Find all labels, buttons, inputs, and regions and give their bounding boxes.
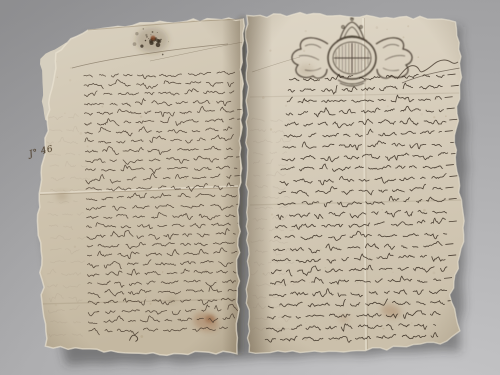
foxing-spot: [423, 209, 426, 212]
foxing-spot: [199, 157, 201, 159]
foxing-spot: [433, 116, 435, 118]
foxing-spot: [162, 272, 163, 273]
manuscript-bifolium: [0, 0, 500, 375]
foxing-spot: [285, 105, 287, 107]
foxing-spot: [445, 115, 447, 117]
rust-speck: [151, 36, 156, 41]
foxing-spot: [271, 213, 273, 215]
foxing-spot: [199, 330, 200, 331]
foxing-spot: [73, 165, 74, 166]
foxing-spot: [309, 282, 310, 283]
foxing-spot: [153, 232, 154, 233]
manuscript-page-right: [244, 0, 465, 375]
manuscript-page-left: [37, 0, 249, 375]
foxing-spot: [87, 145, 89, 147]
foxing-spot: [386, 29, 388, 31]
foxing-spot: [80, 272, 81, 273]
foxing-spot: [184, 173, 185, 174]
foxing-spot: [57, 77, 58, 78]
photograph-scene: J° 46: [0, 0, 500, 375]
foxing-spot: [327, 154, 328, 155]
foxing-spot: [70, 67, 72, 69]
foxing-spot: [407, 25, 409, 27]
foxing-spot: [55, 304, 57, 306]
foxing-spot: [80, 132, 83, 135]
foxing-spot: [403, 36, 405, 38]
foxing-spot: [110, 101, 111, 102]
foxing-spot: [305, 339, 307, 341]
foxing-spot: [325, 267, 326, 268]
foxing-spot: [258, 71, 259, 72]
foxing-spot: [140, 335, 143, 338]
foxing-spot: [383, 328, 385, 330]
foxing-spot: [140, 115, 142, 117]
foxing-spot: [103, 256, 104, 257]
foxing-spot: [270, 128, 272, 130]
foxing-spot: [101, 106, 103, 108]
foxing-spot: [392, 272, 393, 273]
foxing-spot: [74, 246, 76, 248]
foxing-spot: [174, 312, 176, 314]
foxing-spot: [305, 30, 307, 32]
foxing-spot: [296, 215, 297, 216]
foxing-spot: [411, 322, 413, 324]
foxing-spot: [337, 56, 338, 57]
foxing-spot: [262, 96, 265, 99]
foxing-spot: [382, 209, 383, 210]
foxing-spot: [178, 318, 180, 320]
foxing-spot: [184, 177, 187, 180]
foxing-spot: [172, 278, 173, 279]
foxing-spot: [336, 340, 337, 341]
foxing-spot: [216, 280, 217, 281]
foxing-spot: [222, 220, 223, 221]
foxing-spot: [212, 101, 213, 102]
foxing-spot: [417, 56, 419, 58]
foxing-spot: [308, 102, 310, 104]
foxing-spot: [145, 297, 146, 298]
foxing-spot: [128, 243, 129, 244]
foxing-spot: [64, 112, 66, 114]
foxing-spot: [305, 322, 306, 323]
foxing-spot: [387, 105, 389, 107]
foxing-spot: [303, 50, 305, 52]
foxing-spot: [115, 262, 116, 263]
foxing-spot: [269, 49, 271, 51]
foxing-spot: [69, 79, 71, 81]
foxing-spot: [56, 62, 57, 63]
foxing-spot: [138, 152, 139, 153]
foxing-spot: [433, 272, 436, 275]
foxing-spot: [420, 113, 423, 116]
foxing-spot: [149, 303, 151, 305]
foxing-spot: [376, 26, 379, 29]
foxing-spot: [356, 282, 358, 284]
foxing-spot: [409, 115, 410, 116]
foxing-spot: [262, 273, 264, 275]
foxing-spot: [362, 60, 363, 61]
foxing-spot: [76, 128, 77, 129]
